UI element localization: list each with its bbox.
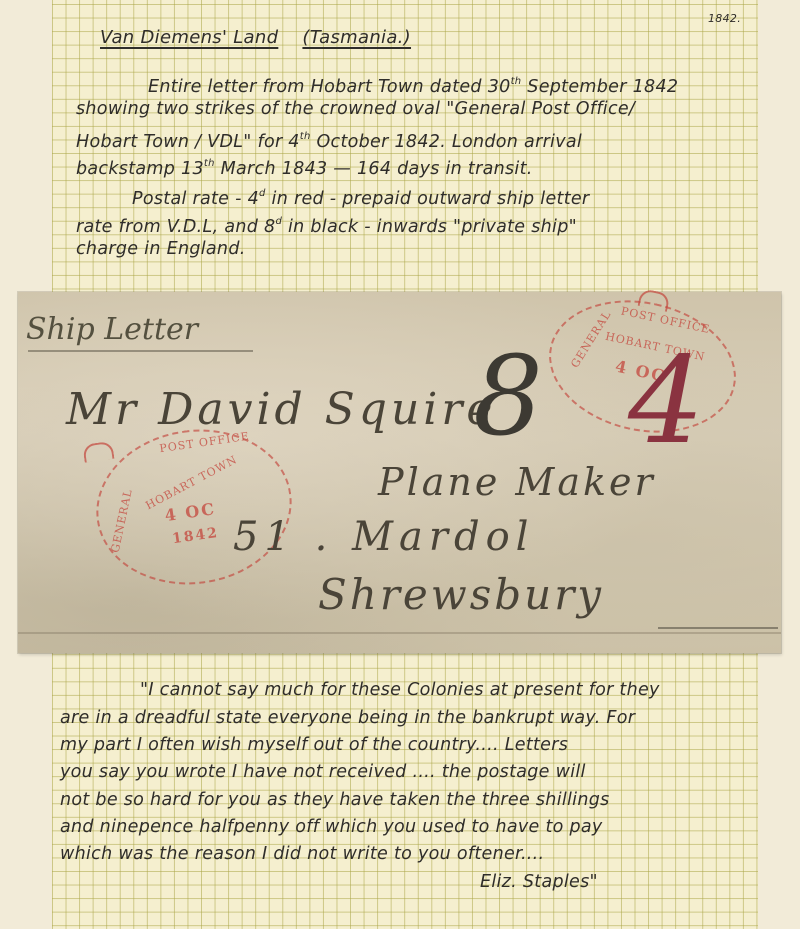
- quote-line-4: you say you wrote I have not received ..…: [60, 762, 586, 782]
- description-line-2: showing two strikes of the crowned oval …: [76, 96, 635, 123]
- address-name: Mr David Squire: [66, 384, 496, 435]
- year-note: 1842.: [708, 12, 741, 25]
- quote-line-7: which was the reason I did not write to …: [60, 844, 544, 864]
- page-title: Van Diemens' Land (Tasmania.): [100, 27, 411, 48]
- ship-letter-endorsement: Ship Letter: [26, 312, 198, 347]
- address-occupation: Plane Maker: [378, 460, 656, 504]
- envelope-image: Ship Letter POST OFFICE GENERAL HOBART T…: [18, 292, 781, 653]
- rate-mark-red: 4: [628, 332, 704, 471]
- description-line-7: charge in England.: [76, 236, 246, 263]
- address-street: 51 . Mardol: [233, 514, 534, 560]
- quote-line-3: my part I often wish myself out of the c…: [60, 735, 568, 755]
- quote-signature: Eliz. Staples": [480, 872, 598, 892]
- quote-line-5: not be so hard for you as they have take…: [60, 790, 610, 810]
- address-town: Shrewsbury: [318, 570, 604, 619]
- quote-line-2: are in a dreadful state everyone being i…: [60, 708, 635, 728]
- title-alt-name: (Tasmania.): [302, 27, 411, 48]
- postmark-left: POST OFFICE GENERAL HOBART TOWN 4 OC 184…: [86, 417, 302, 597]
- envelope-fold: [18, 632, 781, 634]
- title-country: Van Diemens' Land: [100, 27, 278, 48]
- endorsement-underline: [28, 350, 253, 352]
- description-line-4: backstamp 13th March 1843 — 164 days in …: [76, 150, 533, 183]
- crown-icon: [82, 441, 114, 463]
- quote-line-6: and ninepence halfpenny off which you us…: [60, 817, 603, 837]
- address-flourish: [658, 627, 778, 629]
- rate-mark-black: 8: [473, 332, 543, 460]
- quote-line-1: "I cannot say much for these Colonies at…: [140, 680, 660, 700]
